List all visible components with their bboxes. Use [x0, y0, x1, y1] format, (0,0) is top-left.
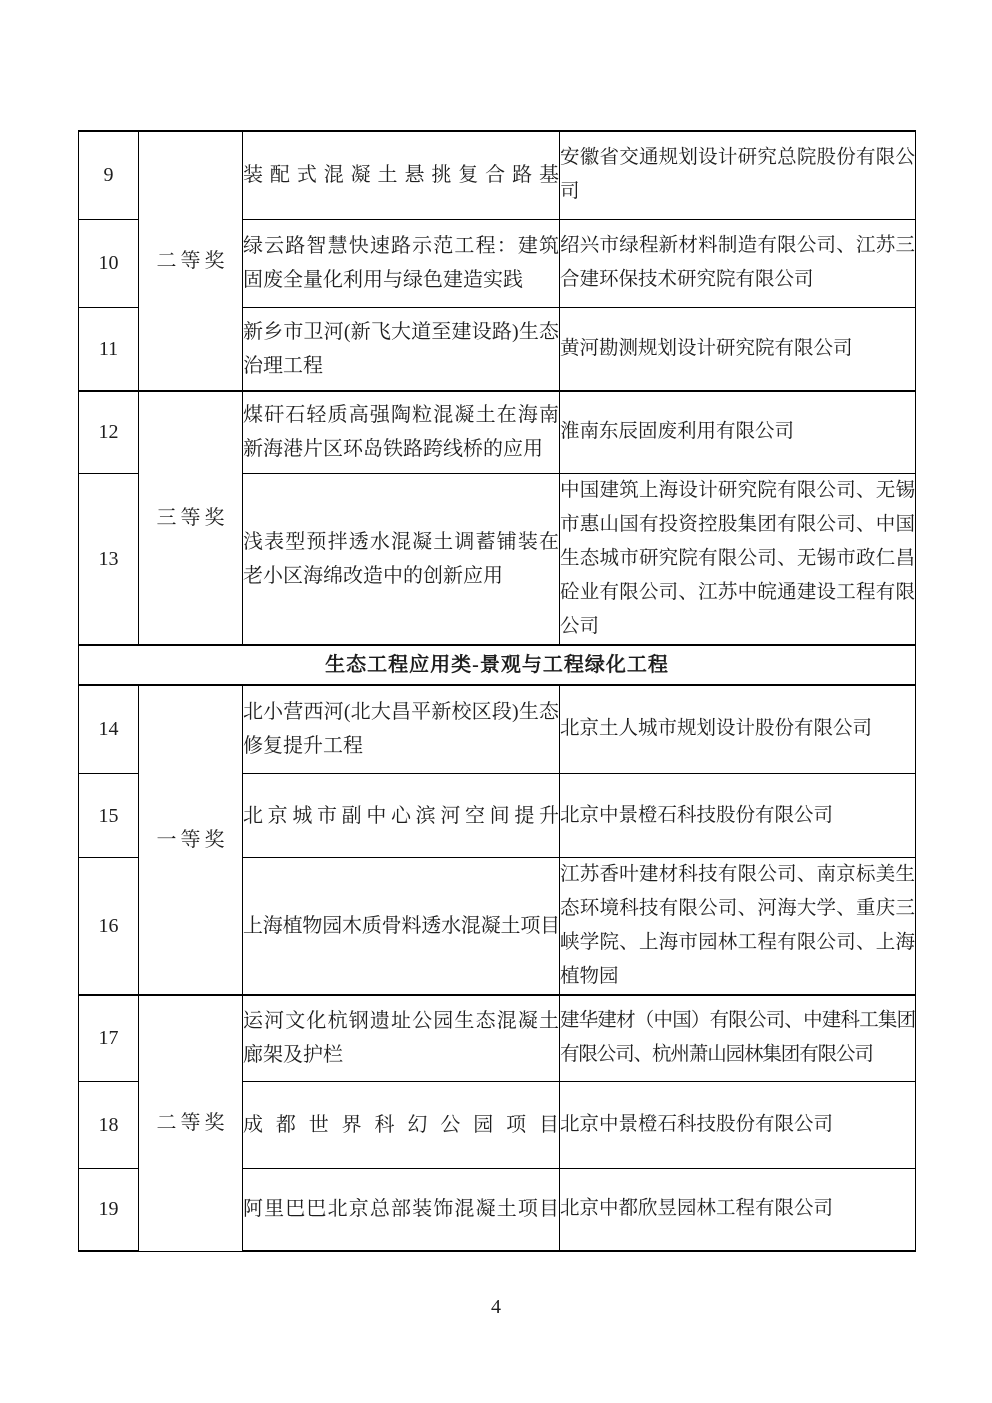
- company-cell: 北京土人城市规划设计股份有限公司: [560, 685, 916, 774]
- project-cell: 装配式混凝土悬挑复合路基: [243, 131, 560, 219]
- row-number-cell: 17: [79, 995, 139, 1081]
- row-number-cell: 16: [79, 858, 139, 996]
- project-cell: 阿里巴巴北京总部装饰混凝土项目: [243, 1168, 560, 1251]
- row-number-cell: 12: [79, 391, 139, 473]
- table-row: 9 二等奖 装配式混凝土悬挑复合路基 安徽省交通规划设计研究总院股份有限公司: [79, 131, 916, 219]
- award-cell: 一等奖: [139, 685, 243, 996]
- company-cell: 北京中都欣昱园林工程有限公司: [560, 1168, 916, 1251]
- project-cell: 新乡市卫河(新飞大道至建设路)生态治理工程: [243, 307, 560, 391]
- row-number-cell: 10: [79, 219, 139, 307]
- award-cell: 三等奖: [139, 391, 243, 645]
- company-cell: 北京中景橙石科技股份有限公司: [560, 1081, 916, 1168]
- company-cell: 北京中景橙石科技股份有限公司: [560, 774, 916, 858]
- project-cell: 成都世界科幻公园项目: [243, 1081, 560, 1168]
- table-row: 17 二等奖 运河文化杭钢遗址公园生态混凝土廊架及护栏 建华建材（中国）有限公司…: [79, 995, 916, 1081]
- company-cell: 黄河勘测规划设计研究院有限公司: [560, 307, 916, 391]
- row-number-cell: 9: [79, 131, 139, 219]
- company-cell: 绍兴市绿程新材料制造有限公司、江苏三合建环保技术研究院有限公司: [560, 219, 916, 307]
- project-cell: 北京城市副中心滨河空间提升: [243, 774, 560, 858]
- row-number-cell: 11: [79, 307, 139, 391]
- page-number: 4: [0, 1296, 992, 1319]
- project-cell: 上海植物园木质骨料透水混凝土项目: [243, 858, 560, 996]
- project-cell: 运河文化杭钢遗址公园生态混凝土廊架及护栏: [243, 995, 560, 1081]
- project-cell: 浅表型预拌透水混凝土调蓄铺装在老小区海绵改造中的创新应用: [243, 473, 560, 645]
- row-number-cell: 19: [79, 1168, 139, 1251]
- table-row: 12 三等奖 煤矸石轻质高强陶粒混凝土在海南新海港片区环岛铁路跨线桥的应用 淮南…: [79, 391, 916, 473]
- row-number-cell: 15: [79, 774, 139, 858]
- project-cell: 煤矸石轻质高强陶粒混凝土在海南新海港片区环岛铁路跨线桥的应用: [243, 391, 560, 473]
- company-cell: 安徽省交通规划设计研究总院股份有限公司: [560, 131, 916, 219]
- company-cell: 淮南东辰固废利用有限公司: [560, 391, 916, 473]
- table-row: 14 一等奖 北小营西河(北大昌平新校区段)生态修复提升工程 北京土人城市规划设…: [79, 685, 916, 774]
- company-cell: 建华建材（中国）有限公司、中建科工集团有限公司、杭州萧山园林集团有限公司: [560, 995, 916, 1081]
- row-number-cell: 13: [79, 473, 139, 645]
- section-header-row: 生态工程应用类-景观与工程绿化工程: [79, 645, 916, 685]
- award-cell: 二等奖: [139, 131, 243, 391]
- project-cell: 北小营西河(北大昌平新校区段)生态修复提升工程: [243, 685, 560, 774]
- company-cell: 中国建筑上海设计研究院有限公司、无锡市惠山国有投资控股集团有限公司、中国生态城市…: [560, 473, 916, 645]
- project-cell: 绿云路智慧快速路示范工程：建筑固废全量化利用与绿色建造实践: [243, 219, 560, 307]
- row-number-cell: 18: [79, 1081, 139, 1168]
- section-header-cell: 生态工程应用类-景观与工程绿化工程: [79, 645, 916, 685]
- company-cell: 江苏香叶建材科技有限公司、南京标美生态环境科技有限公司、河海大学、重庆三峡学院、…: [560, 858, 916, 996]
- award-table: 9 二等奖 装配式混凝土悬挑复合路基 安徽省交通规划设计研究总院股份有限公司 1…: [78, 130, 916, 1252]
- row-number-cell: 14: [79, 685, 139, 774]
- award-cell: 二等奖: [139, 995, 243, 1251]
- document-page: 9 二等奖 装配式混凝土悬挑复合路基 安徽省交通规划设计研究总院股份有限公司 1…: [0, 0, 992, 1403]
